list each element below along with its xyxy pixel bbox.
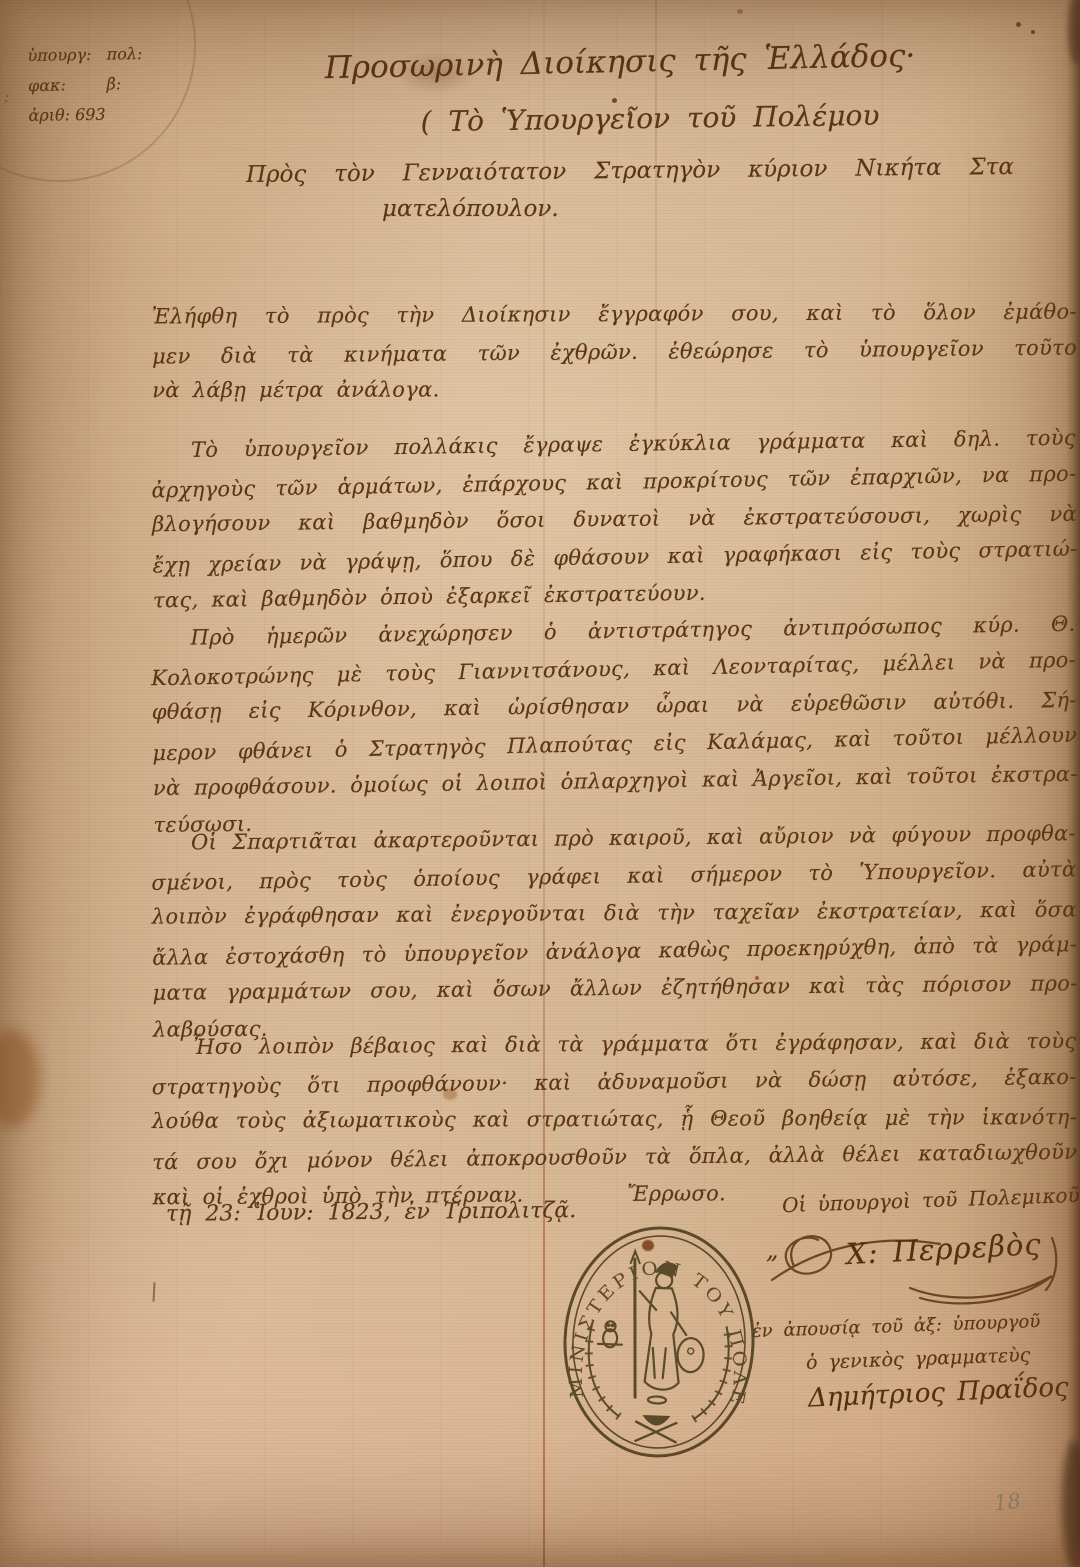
secretary-title: ὁ γενικὸς γραμματεὺς [806,1344,1031,1374]
document-subtitle: ( Τὸ Ὑπουργεῖον τοῦ Πολέμου [370,98,930,139]
seal-cup [643,1416,669,1426]
ink-spot [1016,22,1021,27]
paragraph: Οἱ Σπαρτιᾶται ἀκαρτεροῦνται πρὸ καιροῦ, … [151,815,1078,1050]
ministry-seal: ΜΙΝΙΣΤΕΡΙΟΝ ΤΟΥ ΠΟΛΕΜΟΥ [554,1217,764,1468]
ink-tick-mark [152,1282,155,1302]
margin-dot-mark: ∶ [4,92,7,107]
ditto-mark: „ [766,1236,778,1264]
document-title: Προσωρινὴ Διοίκησις τῆς Ἑλλάδος· [300,37,941,86]
margin-registry-notes: ὑπουργ: πολ: φακ: β̑: ἀριθ: 693 [27,39,143,131]
text-line: λούθα τοὺς ἀξιωματικοὺς καὶ στρατιώτας, … [152,1099,1077,1141]
seal-legend: ΜΙΝΙΣΤΕΡΙΟΝ ΤΟΥ ΠΟΛΕΜΟΥ [554,1217,756,1409]
seal-branches [586,1322,730,1445]
ink-spot [1031,30,1035,34]
paper-stain [0,1028,40,1128]
shield-icon [677,1338,704,1373]
document-page: ὑπουργ: πολ: φακ: β̑: ἀριθ: 693 ∶ Προσωρ… [0,0,1080,1567]
margin-note-line: ἀριθ: 693 [28,99,143,131]
laurel-branch-right [693,1325,729,1420]
absence-note: ἐν ἀπουσίᾳ τοῦ ἀξ: ὑπουργοῦ [752,1311,1041,1342]
margin-note-line: φακ: β̑: [28,69,144,101]
paper-stain [1068,0,1080,64]
dateline: τῇ 23: Ἰουν: 1823, ἐν Τριπολιτζᾷ. [166,1198,576,1227]
text-line: Ἐλήφθη τὸ πρὸς τὴν Διοίκησιν ἔγγραφόν σο… [152,294,1077,336]
address-line: ματελόπουλον. [382,196,559,222]
paragraph: Πρὸ ἡμερῶν ἀνεχώρησεν ὁ ἀντιστράτηγος ἀν… [150,606,1078,846]
page-number-pencil: 18 [993,1489,1022,1516]
minister-signature: Χ: Περρεβὸς [845,1227,1042,1271]
seal-legend-text: ΜΙΝΙΣΤΕΡΙΟΝ ΤΟΥ ΠΟΛΕΜΟΥ [554,1217,756,1409]
text-line: μεν διὰ τὰ κινήματα τῶν ἐχθρῶν. ἐθεώρησε… [152,329,1077,375]
paragraph: Ἐλήφθη τὸ πρὸς τὴν Διοίκησιν ἔγγραφόν σο… [152,294,1078,411]
ink-spot [737,9,743,14]
paper-stain [1062,1440,1080,1567]
paragraph: Τὸ ὑπουργεῖον πολλάκις ἔγραψε ἐγκύκλια γ… [151,420,1079,620]
margin-note-line: ὑπουργ: πολ: [27,39,142,71]
address-line: Πρὸς τὸν Γενναιότατον Στρατηγὸν κύριον Ν… [246,154,1014,188]
text-line: νὰ λάβῃ μέτρα ἀνάλογα. [152,370,1077,410]
secretary-signature: Δημήτριος Πραΐδος [807,1372,1069,1413]
